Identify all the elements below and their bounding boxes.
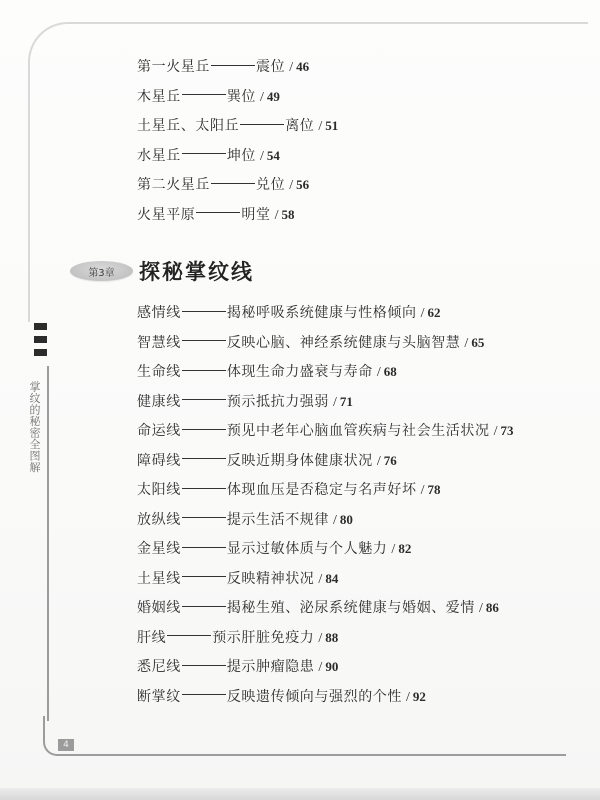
em-dash bbox=[182, 153, 226, 154]
toc-entry-page: 65 bbox=[471, 335, 484, 350]
toc-separator: / bbox=[377, 365, 381, 380]
toc-entry-desc: 揭秘呼吸系统健康与性格倾向 bbox=[227, 305, 417, 321]
em-dash bbox=[182, 94, 226, 95]
em-dash bbox=[182, 517, 226, 518]
chapter-badge: 第3章 bbox=[70, 261, 133, 281]
toc-separator: / bbox=[391, 542, 395, 557]
toc-entry-desc: 预示肝脏免疫力 bbox=[212, 630, 314, 646]
toc-entry-desc: 明堂 bbox=[241, 207, 270, 223]
toc-entry-desc: 离位 bbox=[285, 118, 314, 134]
toc-entry-page: 88 bbox=[325, 630, 338, 645]
em-dash bbox=[182, 399, 226, 400]
toc-entry-page: 92 bbox=[413, 689, 426, 704]
side-marker-bar bbox=[34, 349, 47, 356]
toc-entry-title: 健康线 bbox=[137, 394, 181, 410]
toc-entry[interactable]: 第一火星丘震位/46 bbox=[137, 58, 338, 88]
toc-separator: / bbox=[494, 424, 498, 439]
toc-entry[interactable]: 健康线预示抵抗力强弱/71 bbox=[137, 393, 514, 423]
toc-separator: / bbox=[318, 572, 322, 587]
toc-entry-page: 78 bbox=[428, 482, 441, 497]
toc-entry-page: 56 bbox=[296, 177, 309, 192]
toc-entry[interactable]: 放纵线提示生活不规律/80 bbox=[137, 511, 514, 541]
toc-entry[interactable]: 命运线预见中老年心脑血管疾病与社会生活状况/73 bbox=[137, 422, 514, 452]
toc-entry-title: 土星线 bbox=[137, 571, 181, 587]
page-number-badge: 4 bbox=[58, 739, 74, 751]
em-dash bbox=[240, 124, 284, 125]
toc-entry-page: 76 bbox=[384, 453, 397, 468]
toc-entry-desc: 反映近期身体健康状况 bbox=[227, 453, 373, 469]
toc-entry-page: 86 bbox=[486, 600, 499, 615]
toc-separator: / bbox=[333, 513, 337, 528]
em-dash bbox=[182, 458, 226, 459]
toc-entry-desc: 反映遗传倾向与强烈的个性 bbox=[227, 689, 402, 705]
toc-entry-desc: 巽位 bbox=[227, 89, 256, 105]
toc-entry-page: 71 bbox=[340, 394, 353, 409]
toc-entry-desc: 预示抵抗力强弱 bbox=[227, 394, 329, 410]
toc-entry-page: 73 bbox=[501, 423, 514, 438]
toc-list-chapter3: 感情线揭秘呼吸系统健康与性格倾向/62 智慧线反映心脑、神经系统健康与头脑智慧/… bbox=[137, 304, 514, 717]
page-frame-bottom-rule bbox=[61, 754, 566, 756]
toc-entry-desc: 显示过敏体质与个人魅力 bbox=[227, 541, 388, 557]
toc-entry[interactable]: 生命线体现生命力盛衰与寿命/68 bbox=[137, 363, 514, 393]
em-dash bbox=[182, 547, 226, 548]
side-marker-bar bbox=[34, 323, 47, 330]
toc-entry-page: 90 bbox=[325, 659, 338, 674]
toc-entry-page: 58 bbox=[282, 207, 295, 222]
toc-separator: / bbox=[318, 119, 322, 134]
toc-entry-title: 第二火星丘 bbox=[137, 177, 210, 193]
toc-entry[interactable]: 断掌纹反映遗传倾向与强烈的个性/92 bbox=[137, 688, 514, 718]
toc-entry[interactable]: 感情线揭秘呼吸系统健康与性格倾向/62 bbox=[137, 304, 514, 334]
toc-entry-page: 62 bbox=[428, 305, 441, 320]
book-page: 掌纹的秘密全图解 第一火星丘震位/46 木星丘巽位/49 土星丘、太阳丘离位/5… bbox=[0, 0, 600, 800]
toc-entry[interactable]: 土星线反映精神状况/84 bbox=[137, 570, 514, 600]
toc-entry-title: 婚姻线 bbox=[137, 600, 181, 616]
toc-entry-desc: 反映精神状况 bbox=[227, 571, 315, 587]
page-frame-left-rule bbox=[47, 366, 49, 721]
chapter-heading[interactable]: 第3章 探秘掌纹线 bbox=[70, 256, 254, 286]
toc-entry-desc: 兑位 bbox=[256, 177, 285, 193]
em-dash bbox=[196, 212, 240, 213]
toc-entry-page: 82 bbox=[398, 541, 411, 556]
toc-separator: / bbox=[406, 690, 410, 705]
toc-separator: / bbox=[289, 178, 293, 193]
toc-entry[interactable]: 太阳线体现血压是否稳定与名声好坏/78 bbox=[137, 481, 514, 511]
toc-entry-title: 金星线 bbox=[137, 541, 181, 557]
toc-entry-title: 智慧线 bbox=[137, 335, 181, 351]
em-dash bbox=[182, 340, 226, 341]
toc-separator: / bbox=[333, 395, 337, 410]
toc-entry-desc: 揭秘生殖、泌尿系统健康与婚姻、爱情 bbox=[227, 600, 475, 616]
toc-separator: / bbox=[421, 306, 425, 321]
toc-entry-title: 断掌纹 bbox=[137, 689, 181, 705]
toc-entry-title: 木星丘 bbox=[137, 89, 181, 105]
em-dash bbox=[167, 635, 211, 636]
page-frame-bottom bbox=[43, 726, 563, 756]
toc-entry-title: 悉尼线 bbox=[137, 659, 181, 675]
toc-entry-desc: 反映心脑、神经系统健康与头脑智慧 bbox=[227, 335, 461, 351]
em-dash bbox=[182, 488, 226, 489]
scan-bottom-edge bbox=[0, 788, 600, 800]
side-marker-bars bbox=[34, 323, 47, 362]
toc-separator: / bbox=[318, 631, 322, 646]
em-dash bbox=[182, 606, 226, 607]
toc-entry[interactable]: 肝线预示肝脏免疫力/88 bbox=[137, 629, 514, 659]
toc-entry-desc: 预见中老年心脑血管疾病与社会生活状况 bbox=[227, 423, 490, 439]
toc-separator: / bbox=[275, 208, 279, 223]
toc-entry-title: 障碍线 bbox=[137, 453, 181, 469]
toc-separator: / bbox=[464, 336, 468, 351]
toc-entry[interactable]: 悉尼线提示肿瘤隐患/90 bbox=[137, 658, 514, 688]
toc-entry-desc: 提示肿瘤隐患 bbox=[227, 659, 315, 675]
toc-entry-desc: 体现生命力盛衰与寿命 bbox=[227, 364, 373, 380]
toc-separator: / bbox=[421, 483, 425, 498]
chapter-title: 探秘掌纹线 bbox=[139, 256, 254, 286]
toc-entry-title: 水星丘 bbox=[137, 148, 181, 164]
toc-entry-title: 火星平原 bbox=[137, 207, 195, 223]
em-dash bbox=[182, 665, 226, 666]
toc-entry[interactable]: 水星丘坤位/54 bbox=[137, 147, 338, 177]
toc-entry-page: 51 bbox=[325, 118, 338, 133]
toc-entry-title: 土星丘、太阳丘 bbox=[137, 118, 239, 134]
toc-separator: / bbox=[479, 601, 483, 616]
em-dash bbox=[182, 429, 226, 430]
toc-separator: / bbox=[377, 454, 381, 469]
em-dash bbox=[211, 65, 255, 66]
toc-entry-title: 感情线 bbox=[137, 305, 181, 321]
side-marker-bar bbox=[34, 336, 47, 343]
toc-entry-page: 46 bbox=[296, 59, 309, 74]
toc-entry[interactable]: 婚姻线揭秘生殖、泌尿系统健康与婚姻、爱情/86 bbox=[137, 599, 514, 629]
toc-separator: / bbox=[260, 149, 264, 164]
toc-entry-desc: 震位 bbox=[256, 59, 285, 75]
em-dash bbox=[182, 694, 226, 695]
toc-entry-title: 生命线 bbox=[137, 364, 181, 380]
em-dash bbox=[182, 311, 226, 312]
toc-list-chapter2-tail: 第一火星丘震位/46 木星丘巽位/49 土星丘、太阳丘离位/51 水星丘坤位/5… bbox=[137, 58, 338, 235]
em-dash bbox=[182, 576, 226, 577]
toc-entry-title: 放纵线 bbox=[137, 512, 181, 528]
toc-entry-desc: 提示生活不规律 bbox=[227, 512, 329, 528]
em-dash bbox=[211, 183, 255, 184]
em-dash bbox=[182, 370, 226, 371]
toc-entry-page: 80 bbox=[340, 512, 353, 527]
toc-entry-page: 84 bbox=[325, 571, 338, 586]
toc-separator: / bbox=[260, 90, 264, 105]
toc-entry-title: 肝线 bbox=[137, 630, 166, 646]
toc-entry-title: 命运线 bbox=[137, 423, 181, 439]
toc-entry[interactable]: 第二火星丘兑位/56 bbox=[137, 176, 338, 206]
toc-entry-page: 54 bbox=[267, 148, 280, 163]
toc-entry[interactable]: 火星平原明堂/58 bbox=[137, 206, 338, 236]
toc-entry-page: 68 bbox=[384, 364, 397, 379]
toc-separator: / bbox=[289, 60, 293, 75]
toc-entry-title: 太阳线 bbox=[137, 482, 181, 498]
toc-entry[interactable]: 土星丘、太阳丘离位/51 bbox=[137, 117, 338, 147]
toc-entry[interactable]: 智慧线反映心脑、神经系统健康与头脑智慧/65 bbox=[137, 334, 514, 364]
toc-entry-title: 第一火星丘 bbox=[137, 59, 210, 75]
toc-separator: / bbox=[318, 660, 322, 675]
book-side-title: 掌纹的秘密全图解 bbox=[27, 381, 41, 473]
toc-entry[interactable]: 金星线显示过敏体质与个人魅力/82 bbox=[137, 540, 514, 570]
toc-entry-page: 49 bbox=[267, 89, 280, 104]
toc-entry[interactable]: 木星丘巽位/49 bbox=[137, 88, 338, 118]
toc-entry-desc: 坤位 bbox=[227, 148, 256, 164]
toc-entry[interactable]: 障碍线反映近期身体健康状况/76 bbox=[137, 452, 514, 482]
toc-entry-desc: 体现血压是否稳定与名声好坏 bbox=[227, 482, 417, 498]
